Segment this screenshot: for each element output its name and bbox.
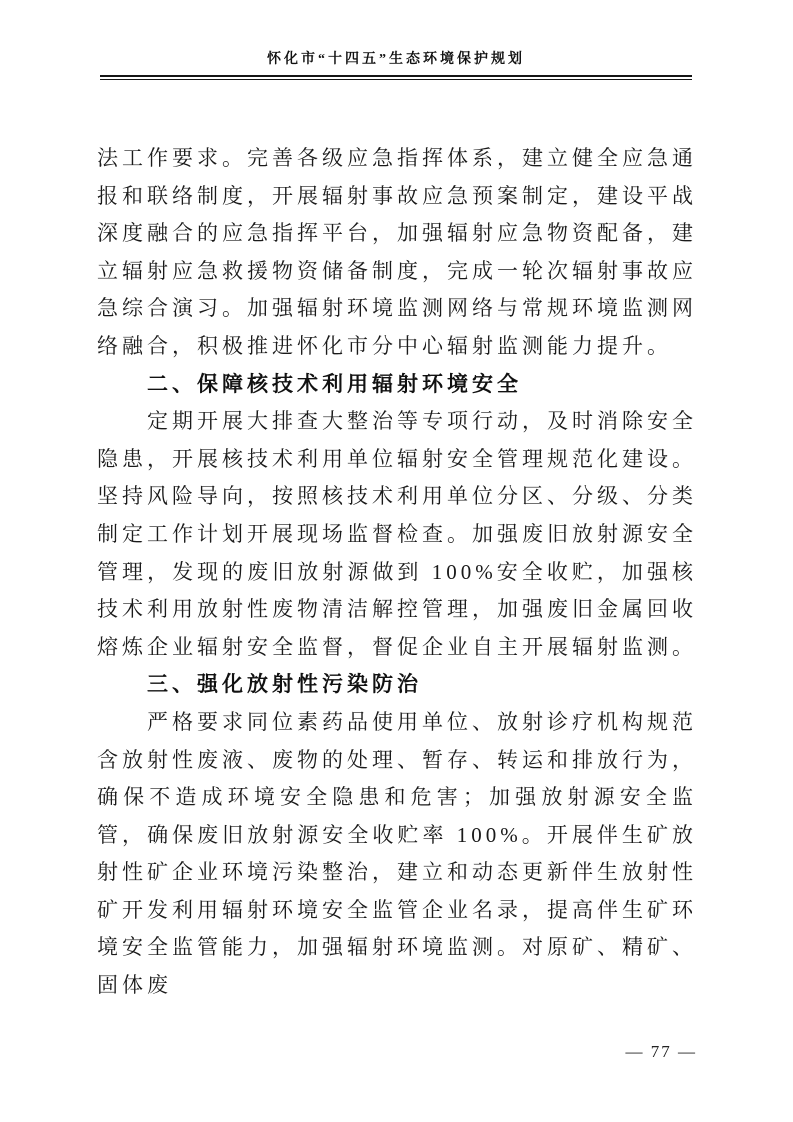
page-number: — 77 — xyxy=(626,1042,698,1061)
document-page: 怀化市“十四五”生态环境保护规划 法工作要求。完善各级应急指挥体系，建立健全应急… xyxy=(0,0,793,1122)
section-heading-2: 二、保障核技术利用辐射环境安全 xyxy=(97,366,697,404)
paragraph-section-3: 严格要求同位素药品使用单位、放射诊疗机构规范含放射性废液、废物的处理、暂存、转运… xyxy=(97,704,697,1005)
page-footer: — 77 — xyxy=(626,1042,698,1062)
document-body: 法工作要求。完善各级应急指挥体系，建立健全应急通报和联络制度，开展辐射事故应急预… xyxy=(97,140,697,1005)
section-heading-3: 三、强化放射性污染防治 xyxy=(97,666,697,704)
header-rule xyxy=(100,75,692,80)
page-header: 怀化市“十四五”生态环境保护规划 xyxy=(100,48,692,80)
paragraph-section-2: 定期开展大排查大整治等专项行动，及时消除安全隐患，开展核技术利用单位辐射安全管理… xyxy=(97,403,697,666)
paragraph-continuation: 法工作要求。完善各级应急指挥体系，建立健全应急通报和联络制度，开展辐射事故应急预… xyxy=(97,140,697,366)
header-title: 怀化市“十四五”生态环境保护规划 xyxy=(100,48,692,68)
